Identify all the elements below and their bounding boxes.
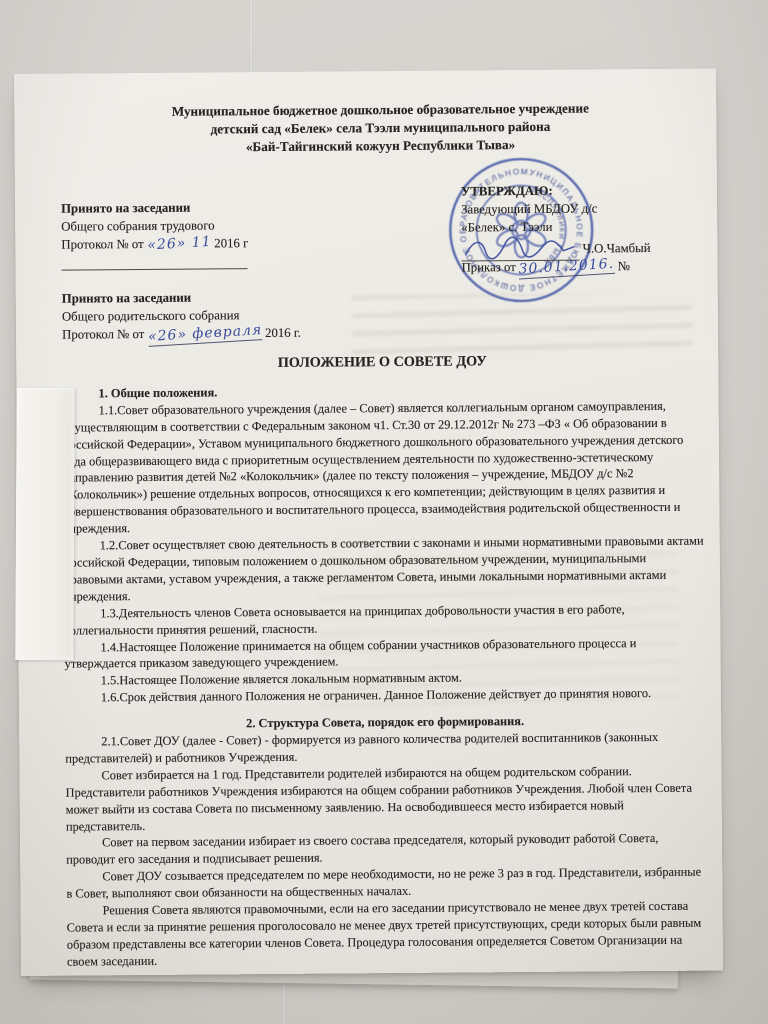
protocol-printed: Протокол № от	[61, 237, 143, 252]
protocol-handwritten-date: «26» 11	[146, 233, 211, 255]
accepted-staff-block: Принято на заседании Общего собрания тру…	[61, 198, 249, 270]
document-title: ПОЛОЖЕНИЕ О СОВЕТЕ ДОУ	[62, 352, 702, 374]
protocol2-printed: Протокол № от	[62, 327, 144, 342]
accepted-staff-title: Принято на заседании	[61, 198, 248, 217]
paragraph-1-2: 1.2.Совет осуществляет свою деятельность…	[64, 533, 705, 606]
approved-line2: Заведующий МБДОУ д/с	[461, 198, 746, 218]
accepted-staff-protocol-line: Протокол № от «26» 11 2016 г	[61, 234, 248, 253]
approved-block: УТВЕРЖДАЮ: Заведующий МБДОУ д/с «Белек» …	[461, 180, 747, 277]
approved-title: УТВЕРЖДАЮ:	[461, 180, 746, 200]
order-handwritten-date: 30.01.2016.	[519, 255, 616, 280]
photo-backdrop: Муниципальное бюджетное дошкольное образ…	[0, 0, 768, 1024]
accepted-parents-protocol-line: Протокол № от «26» февраля 2016 г.	[62, 321, 702, 345]
approved-line3: «Белек» с. Тээли	[461, 216, 746, 236]
org-header: Муниципальное бюджетное дошкольное образ…	[60, 99, 700, 158]
paragraph-2-2: Совет избирается на 1 год. Представители…	[65, 762, 706, 835]
tape-strip	[15, 388, 74, 660]
paragraph-2-3: Совет на первом заседании избирает из св…	[66, 830, 706, 869]
paragraph-2-5: Решения Совета являются правомочными, ес…	[67, 898, 708, 971]
accepted-parents-block: Принято на заседании Общего родительског…	[62, 285, 702, 345]
paragraph-1-1: 1.1.Совет образовательного учреждения (д…	[63, 397, 704, 537]
order-printed: Приказ от	[461, 260, 515, 274]
order-number-sign: №	[618, 259, 630, 273]
page-content: Муниципальное бюджетное дошкольное образ…	[14, 68, 723, 970]
approval-row: Принято на заседании Общего собрания тру…	[61, 193, 702, 290]
org-header-line3: «Бай-Тайгинский кожуун Республики Тыва»	[61, 135, 701, 158]
paragraph-2-1: 2.1.Совет ДОУ (далее - Совет) - формируе…	[65, 729, 705, 768]
accepted-staff-line2: Общего собрания трудового	[61, 216, 248, 235]
backdrop-fold-top	[251, 0, 253, 80]
paragraph-2-4: Совет ДОУ созывается председателем по ме…	[66, 864, 706, 903]
protocol2-handwritten-date: «26» февраля	[147, 321, 262, 347]
document-page: Муниципальное бюджетное дошкольное образ…	[14, 68, 723, 975]
paragraph-1-4: 1.4.Настоящее Положение принимается на о…	[64, 634, 704, 673]
paragraph-1-6: 1.6.Срок действия данного Положения не о…	[65, 685, 705, 707]
approver-name: Ч.О.Чамбый	[583, 241, 651, 256]
protocol-year: 2016 г	[214, 236, 248, 250]
order-line: Приказ от 30.01.2016. №	[461, 256, 746, 277]
signature-blank-line	[62, 268, 248, 270]
protocol2-year: 2016 г.	[265, 326, 301, 340]
paragraph-1-3: 1.3.Деятельность членов Совета основывае…	[64, 600, 704, 639]
